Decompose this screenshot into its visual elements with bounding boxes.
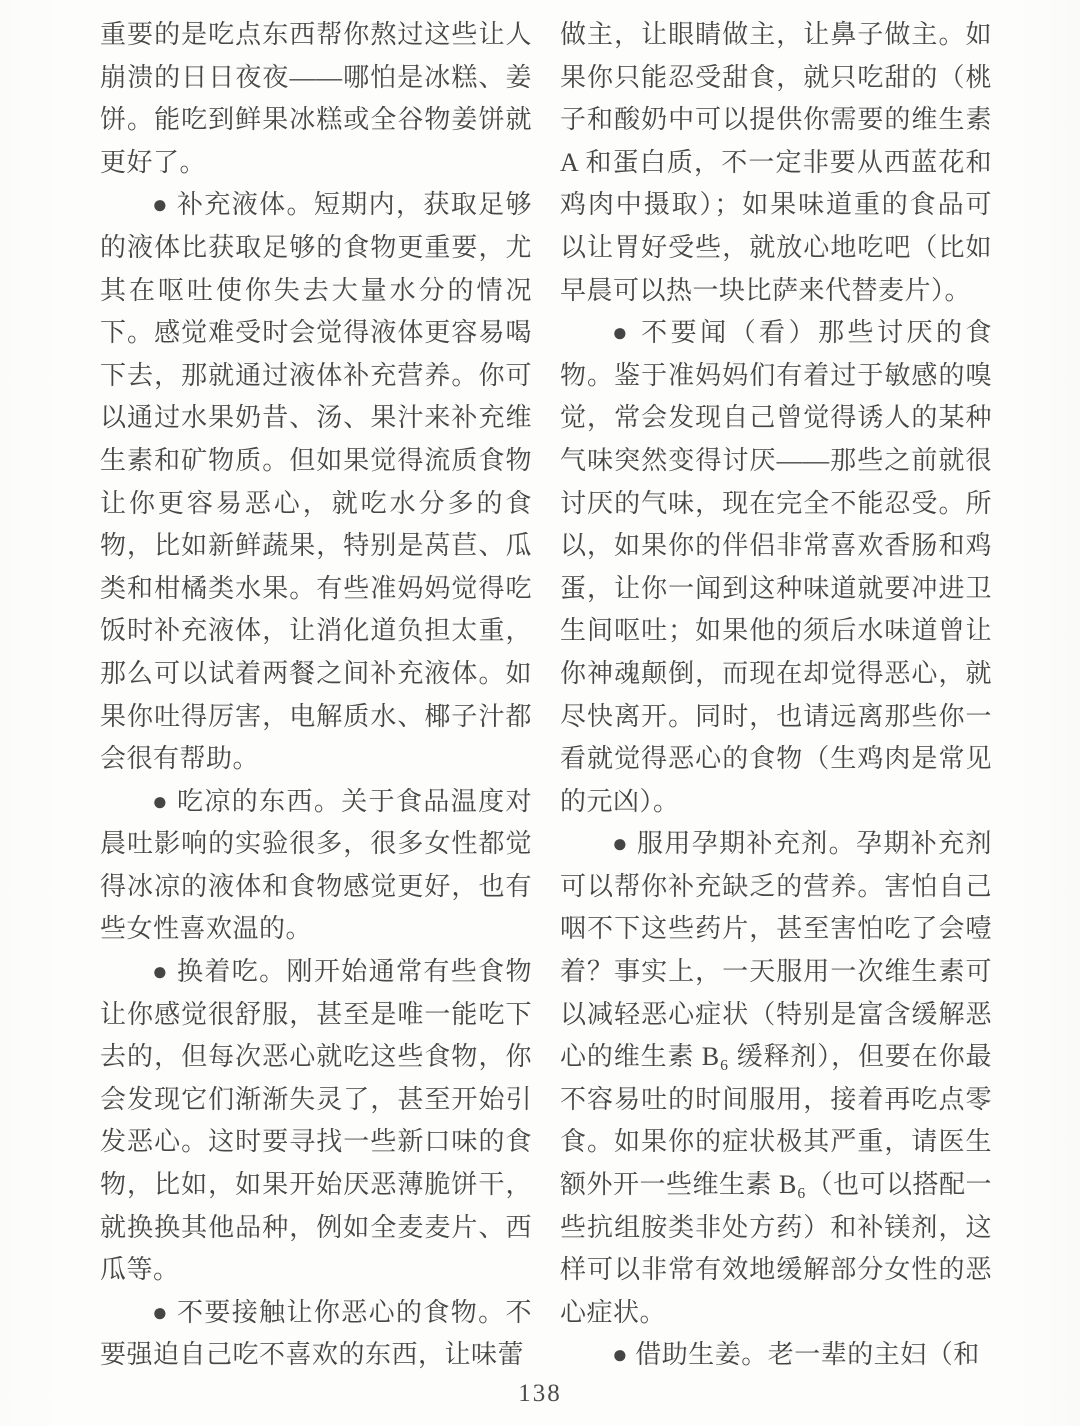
page-number: 138: [0, 1380, 1080, 1408]
paragraph-continuation: 重要的是吃点东西帮你熬过这些让人崩溃的日日夜夜——哪怕是冰糕、姜饼。能吃到鲜果冰…: [100, 14, 532, 184]
text-columns: 重要的是吃点东西帮你熬过这些让人崩溃的日日夜夜——哪怕是冰糕、姜饼。能吃到鲜果冰…: [100, 14, 992, 1377]
left-column: 重要的是吃点东西帮你熬过这些让人崩溃的日日夜夜——哪怕是冰糕、姜饼。能吃到鲜果冰…: [100, 14, 532, 1377]
bullet-paragraph: ● 服用孕期补充剂。孕期补充剂可以帮你补充缺乏的营养。害怕自己咽不下这些药片，甚…: [560, 823, 992, 1334]
book-page: 重要的是吃点东西帮你熬过这些让人崩溃的日日夜夜——哪怕是冰糕、姜饼。能吃到鲜果冰…: [0, 0, 1080, 1426]
bullet-paragraph: ● 吃凉的东西。关于食品温度对晨吐影响的实验很多，很多女性都觉得冰凉的液体和食物…: [100, 781, 532, 951]
paragraph-continuation: 做主，让眼睛做主，让鼻子做主。如果你只能忍受甜食，就只吃甜的（桃子和酸奶中可以提…: [560, 14, 992, 312]
bullet-paragraph: ● 不要接触让你恶心的食物。不要强迫自己吃不喜欢的东西，让味蕾: [100, 1292, 532, 1377]
bullet-paragraph: ● 补充液体。短期内，获取足够的液体比获取足够的食物更重要，尤其在呕吐使你失去大…: [100, 184, 532, 780]
bullet-paragraph: ● 换着吃。刚开始通常有些食物让你感觉很舒服，甚至是唯一能吃下去的，但每次恶心就…: [100, 951, 532, 1292]
bullet-paragraph: ● 不要闻（看）那些讨厌的食物。鉴于准妈妈们有着过于敏感的嗅觉，常会发现自己曾觉…: [560, 312, 992, 823]
bullet-paragraph: ● 借助生姜。老一辈的主妇（和: [560, 1334, 992, 1377]
right-column: 做主，让眼睛做主，让鼻子做主。如果你只能忍受甜食，就只吃甜的（桃子和酸奶中可以提…: [560, 14, 992, 1377]
